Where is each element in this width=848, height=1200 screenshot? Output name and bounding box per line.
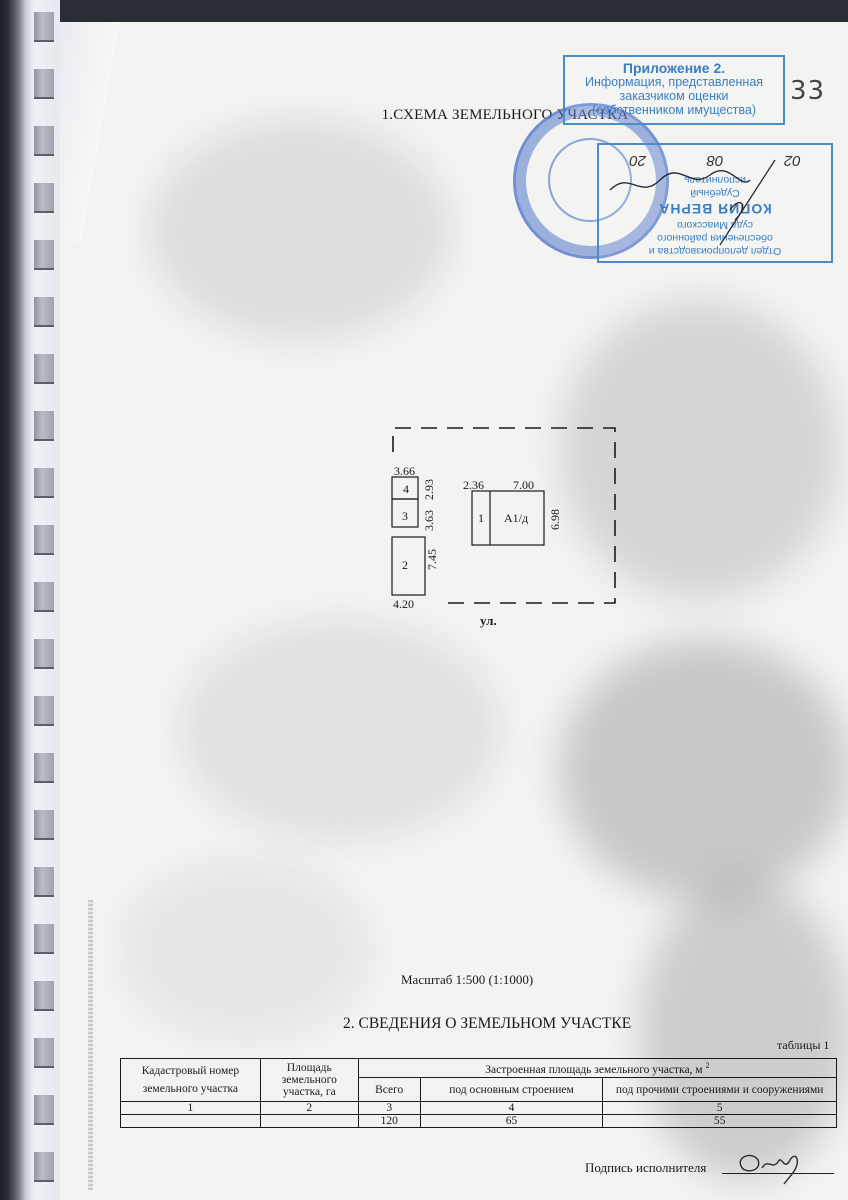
dimension-label: 6.98 (549, 509, 561, 530)
appendix-stamp: Приложение 2. Информация, представленная… (563, 55, 785, 125)
binding-ring (34, 810, 54, 840)
header-area: Площадь земельного участка, га (260, 1059, 358, 1102)
dimension-label: 7.00 (513, 479, 534, 491)
dimension-label: 4.20 (393, 598, 414, 610)
table-cell: 5 (603, 1102, 837, 1115)
header-main: под основным строением (420, 1078, 603, 1102)
binding-ring (34, 924, 54, 954)
table-caption: таблицы 1 (777, 1038, 829, 1053)
page-edge (88, 900, 93, 1190)
dimension-label: 2.93 (423, 479, 435, 500)
building-label: 2 (402, 559, 408, 571)
table-cell: 4 (420, 1102, 603, 1115)
building-label: А1/д (504, 512, 528, 524)
header-other: под прочими строениями и сооружениями (603, 1078, 837, 1102)
table-cell: 55 (603, 1115, 837, 1128)
appendix-stamp-line: (собственником имущества) (565, 103, 783, 117)
street-label: ул. (480, 613, 497, 629)
binding-ring (34, 297, 54, 327)
dimension-label: 3.63 (423, 510, 435, 531)
table-cell: 65 (420, 1115, 603, 1128)
binding-ring (34, 411, 54, 441)
table-cell: 1 (121, 1102, 261, 1115)
binding-ring (34, 69, 54, 99)
table-row: 120 65 55 (121, 1115, 837, 1128)
binding-ring (34, 354, 54, 384)
building-label: 4 (403, 483, 409, 495)
appendix-stamp-line: Информация, представленная (565, 75, 783, 89)
dimension-label: 3.66 (394, 465, 415, 477)
table-cell (260, 1115, 358, 1128)
binding-ring (34, 867, 54, 897)
binding-ring (34, 1095, 54, 1125)
table-cell (121, 1115, 261, 1128)
header-cadastral: Кадастровый номер земельного участка (121, 1059, 261, 1102)
binding-ring (34, 981, 54, 1011)
binding-ring (34, 525, 54, 555)
binding-ring (34, 696, 54, 726)
executor-signature (722, 1148, 832, 1188)
page-fold (60, 22, 120, 242)
table-cell: 120 (358, 1115, 420, 1128)
stamp-signature (600, 150, 800, 250)
binding-ring (34, 1152, 54, 1182)
table-row-column-numbers: 1 2 3 4 5 (121, 1102, 837, 1115)
binding-ring (34, 468, 54, 498)
building-label: 1 (478, 512, 484, 524)
dimension-label: 7.45 (426, 549, 438, 570)
binding-ring (34, 753, 54, 783)
appendix-stamp-heading: Приложение 2. (565, 61, 783, 75)
section-title: 2. СВЕДЕНИЯ О ЗЕМЕЛЬНОМ УЧАСТКЕ (343, 1015, 631, 1033)
binding-ring (34, 12, 54, 42)
page-number: 33 (790, 76, 825, 106)
header-cadastral-line2: земельного участка (123, 1083, 258, 1095)
signature-label: Подпись исполнителя (585, 1160, 706, 1176)
binding-ring (34, 183, 54, 213)
binding-ring (34, 126, 54, 156)
scale-label: Масштаб 1:500 (1:1000) (401, 972, 533, 988)
binding-ring (34, 582, 54, 612)
table-cell: 3 (358, 1102, 420, 1115)
header-built-area-sup: 2 (705, 1061, 709, 1070)
land-info-table: Кадастровый номер земельного участка Пло… (120, 1058, 837, 1128)
binding-ring (34, 639, 54, 669)
dimension-label: 2.36 (463, 479, 484, 491)
header-built-area-text: Застроенная площадь земельного участка, … (485, 1064, 702, 1076)
header-total: Всего (358, 1078, 420, 1102)
header-cadastral-line1: Кадастровый номер (123, 1065, 258, 1077)
binding-ring (34, 240, 54, 270)
header-built-area: Застроенная площадь земельного участка, … (358, 1059, 836, 1078)
table-cell: 2 (260, 1102, 358, 1115)
building-label: 3 (402, 510, 408, 522)
appendix-stamp-line: заказчиком оценки (565, 89, 783, 103)
binding-ring (34, 1038, 54, 1068)
